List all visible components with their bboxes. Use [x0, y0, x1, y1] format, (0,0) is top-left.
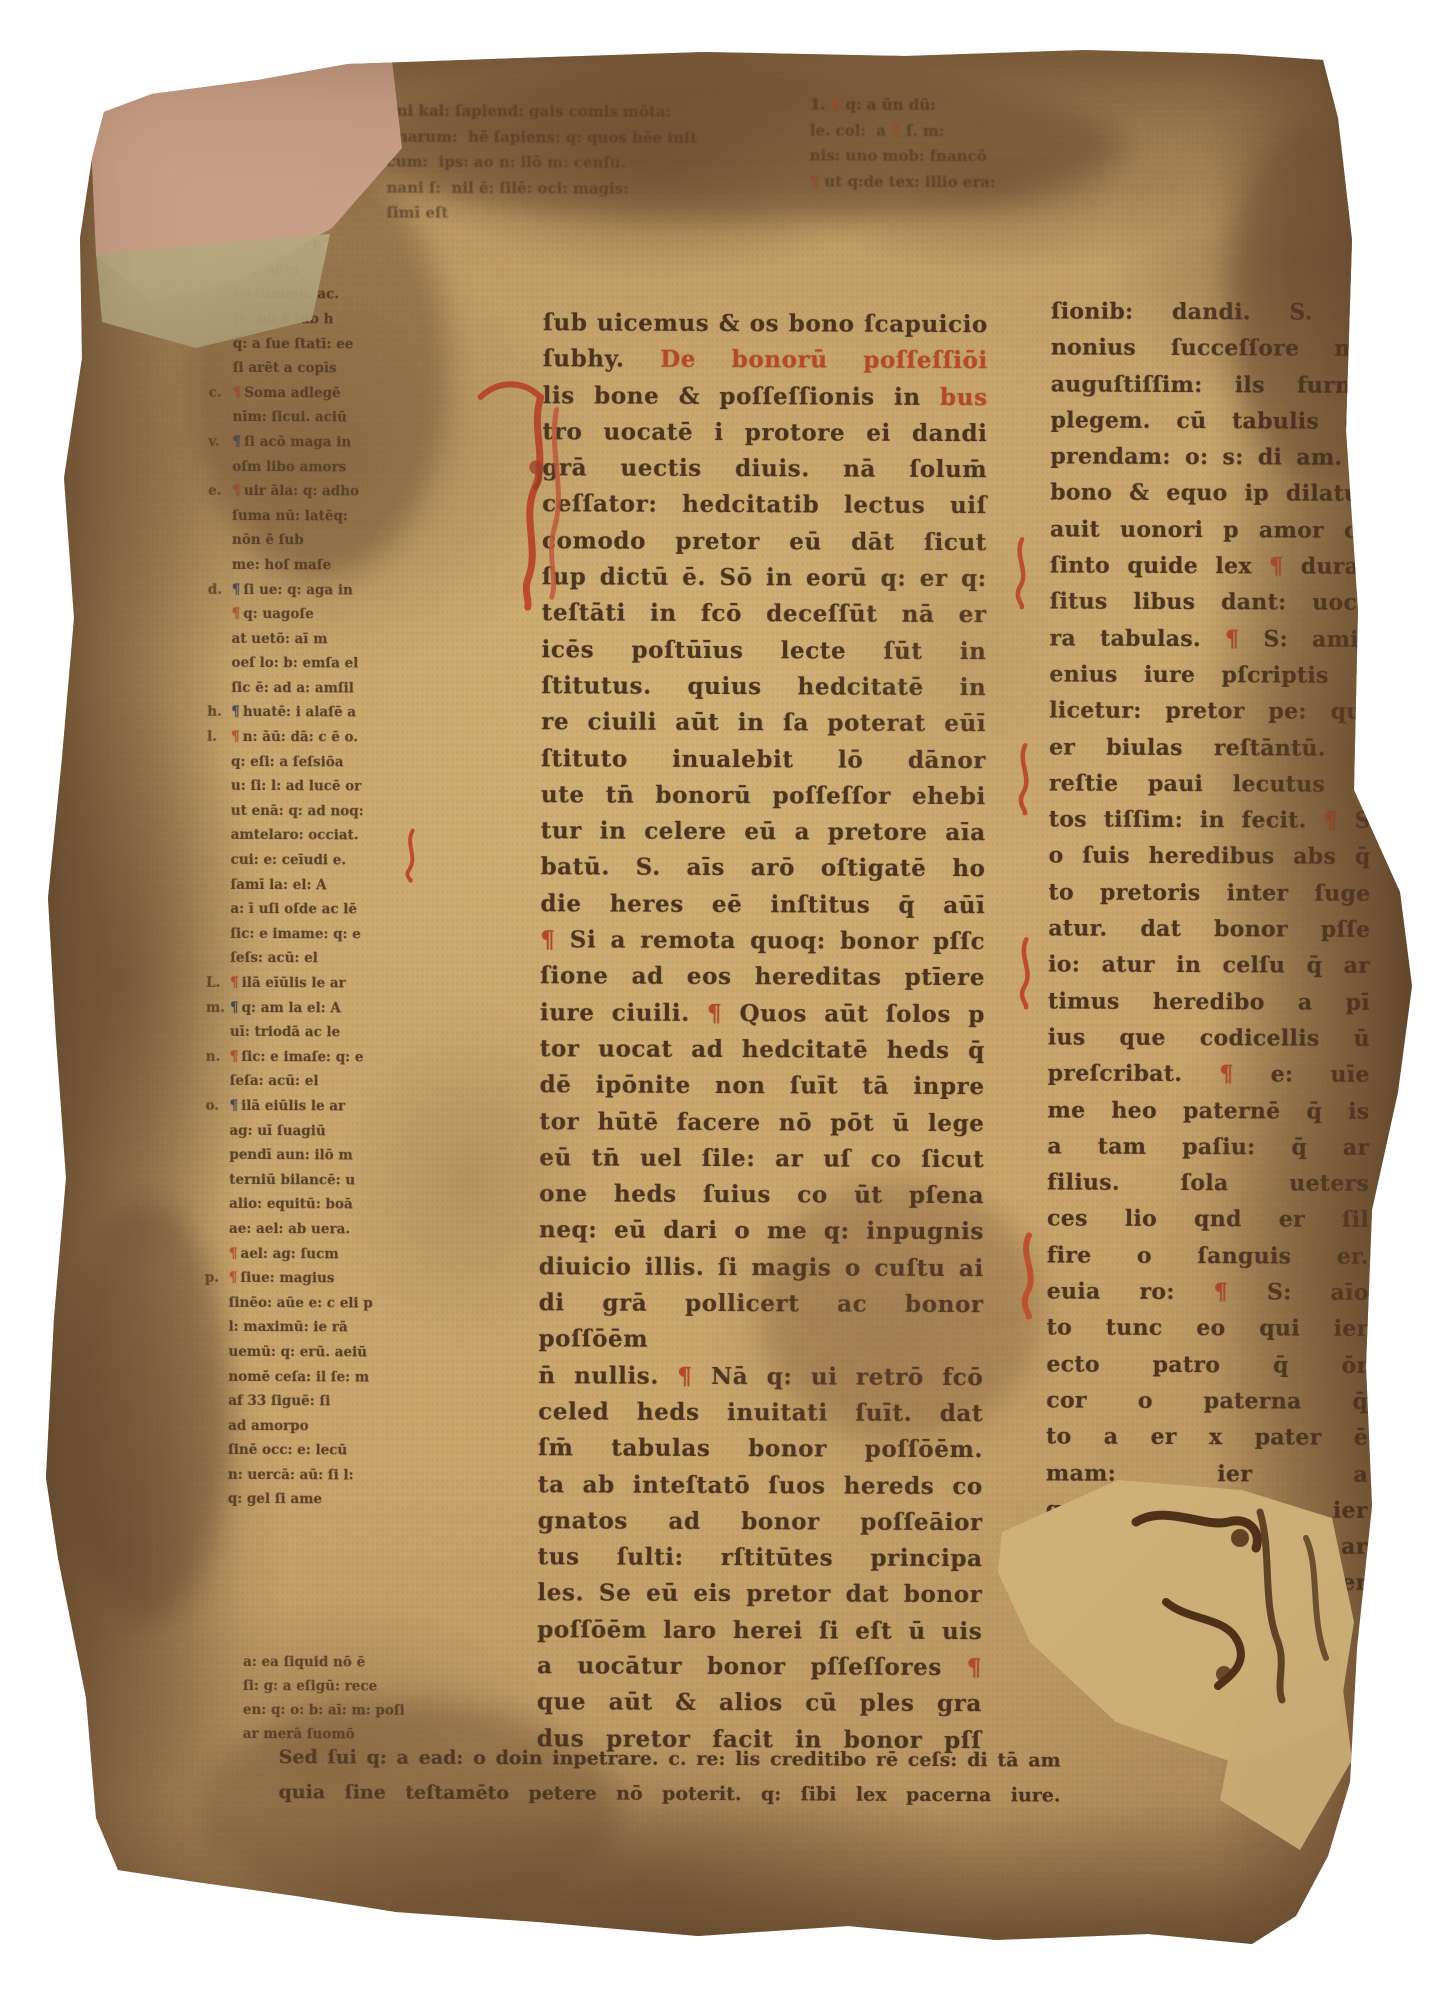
body-text: poſſōēm laro herei ſi eſt ū uis — [537, 1616, 982, 1645]
margin-letter: l. — [207, 725, 231, 750]
text-line: ¶ ut q:de tex: illio era: — [810, 169, 1096, 196]
body-text: tro uocatē i protore ei dandi — [542, 418, 987, 447]
text-line: ute tn̄ bonorū poſſeſſor ehebi — [541, 777, 986, 815]
text-line: ſuma nū: latēq: — [232, 504, 408, 529]
text-line: ſinē occ: e: lecū — [228, 1438, 404, 1463]
text-line: em emhic m — [233, 208, 409, 233]
body-text: ſub uicemus & os bono ſcapuicio — [543, 309, 988, 338]
text-line: to a er x pater ē — [1046, 1419, 1368, 1457]
rubric-text: ¶ — [677, 1362, 711, 1389]
margin-letter: o. — [205, 1094, 229, 1119]
text-line: die heres eē inſtitus q̄ aūī — [540, 886, 985, 924]
red-gutter-flourish — [1013, 741, 1037, 815]
header-gloss-left: ani kal: ſapiend: gais comis mōta:onarum… — [386, 99, 867, 229]
text-line: re ciuili aūt in ſa poterat eūī — [541, 704, 986, 742]
body-text: ilā eiūlis le ar — [241, 1098, 345, 1114]
body-text: o ſuis heredibus abs q̄ — [1049, 843, 1371, 870]
text-line: reſtie paui lecutus S — [1049, 765, 1371, 803]
body-text: q: a ſue ſtatī: ee — [233, 335, 354, 352]
body-text: ag: uī ſuagiū — [229, 1122, 325, 1138]
text-line: poſſōēm laro herei ſi eſt ū uis — [537, 1612, 982, 1650]
header-gloss-right: 1. ¶ q: a ūn dū:le. col: a ¶ ſ. m:nis: u… — [810, 92, 1096, 195]
body-text: l: maximū: ie rā — [229, 1319, 348, 1336]
text-line: gnatos ad bonor poſſeāior — [538, 1503, 983, 1541]
body-text: comodo pretor eū dāt ſicut — [542, 527, 987, 556]
body-text: ſi arēt a copīs — [233, 360, 337, 376]
text-line: ut enā: q: ad noq: — [231, 799, 407, 824]
text-line: lis bone & poſſeſſionis in bus — [543, 378, 988, 416]
gloss-tail-lines: a: ea ſiquid nō ēſi: g: a eſigū: receen:… — [243, 1650, 463, 1747]
rubric-text: ¶ — [810, 172, 820, 190]
body-text: ſic: e imaſe: q: e — [241, 1049, 363, 1066]
body-text: oeſ lo: b: emſa el — [231, 655, 358, 672]
text-line: io: atur in celſu q̄ ar — [1048, 947, 1370, 985]
text-line: me heo paternē q̄ is — [1047, 1092, 1369, 1130]
text-line: tor hūtē facere nō pōt ū lege — [539, 1104, 984, 1142]
body-text: me: hoſ maſe — [232, 557, 331, 573]
text-line: ſeſs: acū: el — [230, 946, 406, 971]
text-line: tos tiſſim: in fecit. ¶ S — [1049, 802, 1371, 840]
pilcrow-mark: ¶ — [232, 606, 244, 622]
body-text: bono & equo ip dilatur — [1050, 480, 1372, 507]
body-text: Sed ſui q: a ead: o doin inpetrare. c. r… — [279, 1746, 1061, 1771]
body-text: uo: apud eh — [233, 237, 322, 253]
red-gutter-flourish — [1014, 935, 1038, 1009]
body-text: to pretoris inter ſuge — [1048, 879, 1370, 906]
text-line: celed heds inuitati ſuīt. dat — [538, 1394, 983, 1432]
text-line: tur in celere eū a pretore aīa — [541, 813, 986, 851]
body-text: S — [1355, 808, 1371, 834]
body-text: onarum: hē ſapiens: q: quos hēe inſt — [387, 127, 698, 146]
text-line: eū tn̄ uel ſile: ar uſ co ſicut — [539, 1140, 984, 1178]
body-text: e: uīe — [1271, 1062, 1370, 1088]
text-line: diuicio illis. ſi magis o cuſtu ai — [539, 1249, 984, 1287]
rubric-text: ¶ — [891, 121, 901, 139]
text-line: oeſ lo: b: emſa el — [231, 651, 407, 676]
body-text: lis bone & poſſeſſionis in — [543, 382, 941, 411]
body-text: af 33 ſiguē: ſi — [228, 1393, 330, 1409]
body-text: tor hūtē facere nō pōt ū lege — [539, 1108, 984, 1137]
body-text: uemū: q: erū. aeiū — [228, 1344, 367, 1361]
margin-letter: m. — [206, 995, 230, 1020]
text-line: l.¶n: āū: dā: c ē o. — [231, 725, 407, 750]
parchment-page: ani kal: ſapiend: gais comis mōta:onarum… — [0, 0, 1434, 2000]
margin-letter: c. — [209, 381, 233, 406]
body-text: ſamī la: el: A — [230, 877, 326, 893]
body-text: timus heredibo a pī — [1048, 988, 1370, 1015]
rubric-text: ¶ — [1219, 1061, 1270, 1087]
text-line: er biulas reſtāntū. ¶ — [1049, 729, 1371, 767]
body-text: ſitus libus dant: uoca — [1050, 589, 1372, 616]
text-line: v.¶ſi acō maga in — [232, 430, 408, 455]
body-text: ra tabulas. — [1050, 625, 1226, 652]
marginal-gloss-column: am ſalemem emhic muo: apud ehſeo: aſ mco… — [228, 184, 410, 1513]
body-text: cor o paterna q̄ — [1046, 1387, 1368, 1414]
rubric-text: ¶ — [1214, 1279, 1267, 1305]
body-text: ſiue: magius — [240, 1270, 334, 1286]
body-text: io: atur in celſu q̄ ar — [1048, 952, 1370, 979]
text-line: a uocātur bonor pſſeſſores ¶ — [537, 1648, 982, 1686]
text-line: nis: uno mob: fnancō — [810, 143, 1096, 170]
body-text: ta ab inteſtatō ſuos hereds co — [538, 1471, 983, 1500]
body-text: em emhic m — [233, 212, 326, 228]
body-text: ael: ag: ſucm — [240, 1245, 338, 1261]
body-text: oſm libo amors — [232, 458, 346, 474]
text-line: enius iure pſcriptis ū — [1049, 656, 1371, 694]
red-gutter-flourish — [1010, 535, 1034, 609]
body-text: a uocātur bonor pſſeſſores — [537, 1652, 967, 1681]
body-text: co ſummo. ac. — [233, 286, 339, 302]
text-line: at uetō: aī m — [232, 627, 408, 652]
text-line: a: ī uſi oſde ac lē — [230, 897, 406, 922]
text-line: tor uocat ad hedcitatē heds q̄ — [540, 1031, 985, 1069]
text-line: ſeo: aſ m — [233, 258, 409, 283]
pilcrow-mark: ¶ — [229, 1098, 241, 1114]
body-text: ſi: g: a eſigū: rece — [243, 1678, 377, 1695]
text-line: amtelaro: occiat. — [231, 823, 407, 848]
text-line: tus ſulti: rſtitūtes principa — [537, 1539, 982, 1577]
body-text: ecto patro q̄ ōr — [1046, 1351, 1368, 1378]
text-line: plegem. cū tabulis ex — [1050, 402, 1372, 440]
body-text: les. Se eū eis pretor dat bonor — [537, 1580, 982, 1609]
text-line: a tam paſiu: q̄ ar — [1047, 1128, 1369, 1166]
text-line: nīm: ſicui. aciū — [232, 405, 408, 430]
body-text: prendam: o: s: di am. p — [1050, 444, 1372, 471]
text-line: ta ab inteſtatō ſuos hereds co — [538, 1467, 983, 1505]
body-text: en: q: o: b: aī: m: poſi — [243, 1702, 405, 1719]
text-line: ſubhy. De bonorū poſſeſſiōi — [543, 342, 988, 380]
text-line: quia ſine teſtamēto petere nō poterit. q… — [278, 1775, 1060, 1813]
pilcrow-mark: ¶ — [232, 483, 244, 499]
body-text: ſtituto inualebit lō dānor — [541, 745, 986, 774]
text-line: auguſtiſſim: ils furnis — [1051, 366, 1373, 404]
margin-letter: h. — [207, 700, 231, 725]
body-text: terniū bilancē: u — [229, 1172, 355, 1189]
text-line: o ſuis heredibus abs q̄ — [1049, 838, 1371, 876]
body-text: n: uercā: aū: ſi l: — [228, 1467, 354, 1484]
text-line: ſione ad eos hereditas ptīere — [540, 959, 985, 997]
text-line: ra tabulas. ¶ S: amis — [1050, 620, 1372, 658]
text-line: ſionib: dandi. S. vi — [1051, 293, 1373, 331]
body-text: ces lio qnd er ſil — [1047, 1206, 1369, 1233]
text-line: bono & equo ip dilatur — [1050, 475, 1372, 513]
body-text: uī: triodā ac le — [230, 1024, 340, 1040]
text-line: ſic: e imame: q: e — [230, 922, 406, 947]
text-line: u: ſi: l: ad lucē or — [231, 774, 407, 799]
text-line: h.¶huatē: i alaſē a — [231, 700, 407, 725]
body-text: S: amis — [1263, 626, 1371, 652]
body-text: reſtie paui lecutus S — [1049, 770, 1371, 797]
body-text: atur. dat bonor pſſe — [1048, 915, 1370, 942]
body-text: ſic: e imame: q: e — [230, 926, 361, 943]
text-line: oſm libo amors — [232, 454, 408, 479]
body-text: ius que codicellis ū — [1048, 1024, 1370, 1051]
rubric-text: ¶ — [540, 926, 570, 953]
text-line: am ſalem — [233, 184, 409, 209]
text-line: d.¶ſi ue: q: aga in — [232, 577, 408, 602]
body-text: tus ſulti: rſtitūtes principa — [538, 1543, 983, 1572]
text-line: ceſſator: hedcitatib lectus uiſ — [542, 487, 987, 525]
text-line: nani ſ: nil ē: ſilē: oci: magis: — [386, 175, 866, 203]
body-text: ſinē occ: e: lecū — [228, 1442, 347, 1459]
text-line: timus heredibo a pī — [1048, 983, 1370, 1021]
body-text: dē ipōnite non ſuīt tā inpre — [540, 1071, 985, 1100]
body-text: cum: ips: ao n: ilō m: cenſu. — [387, 153, 626, 172]
text-line: co ſummo. ac. — [233, 282, 409, 307]
text-line: tro uocatē i protore ei dandi — [542, 414, 987, 452]
text-line: que aūt & alios cū ples gra — [537, 1685, 982, 1723]
body-text: ſi ue: q: aga in — [243, 581, 353, 597]
body-text: Soma adlegē — [244, 385, 340, 401]
body-text: n: āū: dā: c ē o. — [243, 729, 358, 746]
text-line: Sed ſui q: a ead: o doin inpetrare. c. r… — [279, 1740, 1061, 1778]
text-line: n̄ nullis. ¶ Nā q: ui retrō fcō — [538, 1358, 983, 1396]
text-line: ſinēo: aūe e: c eli p — [229, 1291, 405, 1316]
text-line: nomē ceſa: il ſe: m — [228, 1364, 404, 1389]
text-line: ſē: nō ē ſub h — [233, 307, 409, 332]
text-line: ſi arēt a copīs — [233, 356, 409, 381]
body-text: preſcribat. — [1048, 1061, 1220, 1088]
body-text: ſic ē: ad a: amſil — [231, 680, 354, 697]
pilcrow-mark: ¶ — [229, 1245, 241, 1261]
body-text: S: aīo — [1267, 1279, 1369, 1305]
body-text: filius. ſola ueters — [1047, 1170, 1369, 1197]
text-line: ae: ael: ab uera. — [229, 1217, 405, 1242]
rubric-text: ¶ — [1357, 735, 1371, 761]
margin-letter: e. — [208, 479, 232, 504]
body-text: nomē ceſa: il ſe: m — [228, 1368, 369, 1385]
text-line: ſi: g: a eſigū: rece — [243, 1674, 463, 1699]
text-line: ſitus libus dant: uoca — [1050, 584, 1372, 622]
text-line: auit uonori p amor ce — [1050, 511, 1372, 549]
body-text: ſeo: aſ m — [233, 262, 300, 278]
text-line: uī: triodā ac le — [230, 1020, 406, 1045]
manuscript-photo: ani kal: ſapiend: gais comis mōta:onarum… — [0, 0, 1434, 2000]
text-line: ag: uī ſuagiū — [229, 1118, 405, 1143]
text-line: iure ciuili. ¶ Quos aūt ſolos p — [540, 995, 985, 1033]
body-text: gnatos ad bonor poſſeāior — [538, 1507, 983, 1536]
pilcrow-mark: ¶ — [229, 1270, 241, 1286]
body-text: to a er x pater ē — [1046, 1424, 1368, 1451]
body-text: ſ. m: — [901, 121, 945, 139]
text-line: grā uectis diuis. nā ſolum̄ — [542, 450, 987, 488]
text-line: onarum: hē ſapiens: q: quos hēe inſt — [387, 124, 867, 152]
bottom-catch-lines: Sed ſui q: a ead: o doin inpetrare. c. r… — [278, 1740, 1060, 1813]
body-text: eū tn̄ uel ſile: ar uſ co ſicut — [539, 1144, 984, 1173]
pilcrow-mark: ¶ — [231, 704, 243, 720]
body-text: die heres eē inſtitus q̄ aūī — [540, 890, 985, 919]
body-text: ceſſator: hedcitatib lectus uiſ — [542, 491, 987, 520]
margin-letter: n. — [206, 1045, 230, 1070]
body-text: ſm̄ tabulas bonor poſſōēm. — [538, 1434, 983, 1463]
text-line: q: eſi: a ſeſsiōa — [231, 750, 407, 775]
body-text: fire o ſanguis er. — [1047, 1242, 1369, 1269]
body-text: celed heds inuitati ſuīt. dat — [538, 1398, 983, 1427]
text-line: teſtāti in fcō deceſſūt nā er — [542, 596, 987, 634]
pilcrow-mark: ¶ — [233, 385, 245, 401]
text-line: ces lio qnd er ſil — [1047, 1201, 1369, 1239]
body-text: iure ciuili. — [540, 999, 707, 1027]
red-initial-flourish — [470, 367, 583, 611]
body-text: plegem. cū tabulis ex — [1050, 407, 1372, 434]
text-line: prendam: o: s: di am. p — [1050, 439, 1372, 477]
body-text: grā uectis diuis. nā ſolum̄ — [542, 454, 987, 483]
body-text: teſtāti in fcō deceſſūt nā er — [542, 600, 987, 629]
text-line: les. Se eū eis pretor dat bonor — [537, 1576, 982, 1614]
body-text: nīm: ſicui. aciū — [233, 409, 347, 425]
text-line: one heds ſuius co ūt pſena — [539, 1176, 984, 1214]
body-text: ad amorpo — [228, 1418, 309, 1434]
body-text: q: uagoſe — [243, 606, 314, 622]
body-text: a tam paſiu: q̄ ar — [1047, 1133, 1369, 1160]
text-line: nonius ſucceſſore mō — [1051, 330, 1373, 368]
body-text: ſup dictū ē. Sō in eorū q: er q: — [542, 563, 987, 592]
body-text: di grā pollicert ac bonor poſſōēm — [538, 1289, 992, 1353]
body-text: a: ea ſiquid nō ē — [243, 1654, 365, 1671]
text-line: ſtituto inualebit lō dānor — [541, 741, 986, 779]
text-line: to pretoris inter ſuge — [1048, 874, 1370, 912]
margin-letter: p. — [205, 1266, 229, 1291]
rubric-text: ¶ — [1323, 808, 1354, 834]
text-line: ecto patro q̄ ōr — [1046, 1346, 1368, 1384]
body-text: ut enā: q: ad noq: — [231, 803, 364, 820]
body-text: q: am la el: A — [242, 1000, 341, 1016]
rubric-text: bus — [940, 384, 988, 411]
body-text: nani ſ: nil ē: ſilē: oci: magis: — [387, 178, 629, 197]
text-line: ſic ē: ad a: amſil — [231, 676, 407, 701]
text-line: icēs poſtūīus lecte ſūt in — [541, 632, 986, 670]
text-line: dē ipōnite non ſuīt tā inpre — [540, 1067, 985, 1105]
body-text: ſtitutus. quius hedcitatē in — [541, 672, 986, 701]
pilcrow-mark: ¶ — [231, 729, 243, 745]
body-text: a: ī uſi oſde ac lē — [230, 901, 357, 918]
body-text: ſionib: dandi. S. vi — [1051, 298, 1373, 325]
body-text: ani kal: ſapiend: gais comis mōta: — [387, 102, 671, 121]
body-text: pendī aun: ilō m — [229, 1147, 352, 1164]
body-text: cui: e: ceīudi e. — [231, 852, 347, 869]
text-line: ¶q: uagoſe — [232, 602, 408, 627]
body-text: to tunc eo qui ier — [1047, 1315, 1369, 1342]
text-line: comodo pretor eū dāt ſicut — [542, 523, 987, 561]
text-line: ſimī eſt — [386, 201, 866, 229]
body-text: auguſtiſſim: ils furnis — [1051, 371, 1373, 398]
body-text: ſinto quide lex — [1050, 553, 1269, 580]
text-line: en: q: o: b: aī: m: poſi — [243, 1698, 463, 1723]
body-text: ilā eīūlis le ar — [242, 975, 346, 991]
body-text: er biulas reſtāntū. — [1049, 734, 1357, 761]
text-line: licetur: pretor pe: qui — [1049, 693, 1371, 731]
text-line: le. col: a ¶ ſ. m: — [810, 118, 1096, 145]
body-text: que aūt & alios cū ples gra — [537, 1689, 982, 1718]
body-text: q: gel ſi ame — [228, 1491, 322, 1507]
text-line: e.¶uir āla: q: adho — [232, 479, 408, 504]
text-line: fire o ſanguis er. — [1047, 1237, 1369, 1275]
text-line: alio: equitū: boā — [229, 1192, 405, 1217]
pilcrow-mark: ¶ — [230, 1049, 242, 1065]
text-line: batū. S. aīs arō oſtigatē ho — [540, 850, 985, 888]
body-text: nōn ē ſub — [232, 532, 304, 548]
body-text: ſē: nō ē ſub h — [233, 311, 334, 327]
text-line: ſinto quide lex ¶ duras — [1050, 548, 1372, 586]
text-line: neq: eū dari o me q: inpugnis — [539, 1213, 984, 1251]
body-text: batū. S. aīs arō oſtigatē ho — [541, 854, 986, 883]
body-text: ſeſa: acū: el — [230, 1073, 319, 1089]
body-text: euia ro: — [1047, 1278, 1214, 1305]
text-line: preſcribat. ¶ e: uīe — [1048, 1056, 1370, 1094]
pilcrow-mark: ¶ — [230, 975, 242, 991]
body-text: neq: eū dari o me q: inpugnis — [539, 1217, 984, 1246]
text-line: ani kal: ſapiend: gais comis mōta: — [387, 99, 867, 127]
rubric-text: ¶ — [707, 1000, 740, 1027]
body-text: tor uocat ad hedcitatē heds q̄ — [540, 1035, 985, 1064]
text-line: n: uercā: aū: ſi l: — [228, 1463, 404, 1488]
text-line: di grā pollicert ac bonor poſſōēm — [538, 1285, 983, 1360]
pilcrow-mark: ¶ — [232, 434, 244, 450]
body-text: u: ſi: l: ad lucē or — [231, 778, 361, 795]
body-text: re ciuili aūt in ſa poterat eūī — [541, 708, 986, 737]
text-line: filius. ſola ueters — [1047, 1165, 1369, 1203]
margin-letter: v. — [208, 430, 232, 455]
body-text: n̄ nullis. — [538, 1362, 677, 1390]
main-text-column-right: ſionib: dandi. S. vinonius ſucceſſore mō… — [1045, 293, 1373, 1601]
text-line: uemū: q: erū. aeiū — [228, 1340, 404, 1365]
body-text: ſione ad eos hereditas ptīere — [540, 963, 985, 992]
body-text: me heo paternē q̄ is — [1047, 1097, 1369, 1124]
margin-letter: L. — [206, 971, 230, 996]
pilcrow-mark: ¶ — [232, 581, 244, 597]
text-line: ſub uicemus & os bono ſcapuicio — [543, 305, 988, 343]
text-line: cor o paterna q̄ — [1046, 1382, 1368, 1420]
text-line: q: gel ſi ame — [228, 1487, 404, 1512]
text-line: n.¶ſic: e imaſe: q: e — [230, 1045, 406, 1070]
text-line: atur. dat bonor pſſe — [1048, 910, 1370, 948]
body-text: ſinēo: aūe e: c eli p — [229, 1295, 373, 1312]
body-text: diuicio illis. ſi magis o cuſtu ai — [539, 1253, 984, 1282]
rubric-text: ¶ — [1225, 626, 1263, 652]
text-line: ¶ael: ag: ſucm — [229, 1241, 405, 1266]
body-text: one heds ſuius co ūt pſena — [539, 1180, 984, 1209]
body-text: duras — [1301, 554, 1372, 580]
body-text: ut q:de tex: illio era: — [819, 172, 996, 191]
text-line: ſamī la: el: A — [230, 873, 406, 898]
text-line: q: a ſue ſtatī: ee — [233, 331, 409, 356]
text-line: p.¶ſiue: magius — [229, 1266, 405, 1291]
text-line: ſm̄ tabulas bonor poſſōēm. — [538, 1430, 983, 1468]
margin-letter: d. — [208, 577, 232, 602]
red-margin-mark — [399, 827, 425, 883]
text-line: c.¶Soma adlegē — [233, 381, 409, 406]
text-line: ad amorpo — [228, 1414, 404, 1439]
text-line: nōn ē ſub — [232, 528, 408, 553]
body-text: nonius ſucceſſore mō — [1051, 335, 1373, 362]
text-line: me: hoſ maſe — [232, 553, 408, 578]
body-text: ſeſs: acū: el — [230, 950, 318, 966]
text-line: to tunc eo qui ier — [1046, 1310, 1368, 1348]
text-line: ius que codicellis ū — [1048, 1019, 1370, 1057]
text-line: uo: apud eh — [233, 233, 409, 258]
text-line: m.¶q: am la el: A — [230, 995, 406, 1020]
text-line: ſup dictū ē. Sō in eorū q: er q: — [542, 559, 987, 597]
pilcrow-mark: ¶ — [230, 999, 242, 1015]
rubric-text: ¶ — [967, 1654, 982, 1681]
body-text: licetur: pretor pe: qui — [1049, 698, 1371, 725]
body-text: uir āla: q: adho — [244, 483, 359, 500]
text-line: ſeſa: acū: el — [230, 1069, 406, 1094]
text-line: L.¶ilā eīūlis le ar — [230, 971, 406, 996]
text-line: ſtitutus. quius hedcitatē in — [541, 668, 986, 706]
body-text: alio: equitū: boā — [229, 1196, 353, 1213]
text-line: af 33 ſiguē: ſi — [228, 1389, 404, 1414]
